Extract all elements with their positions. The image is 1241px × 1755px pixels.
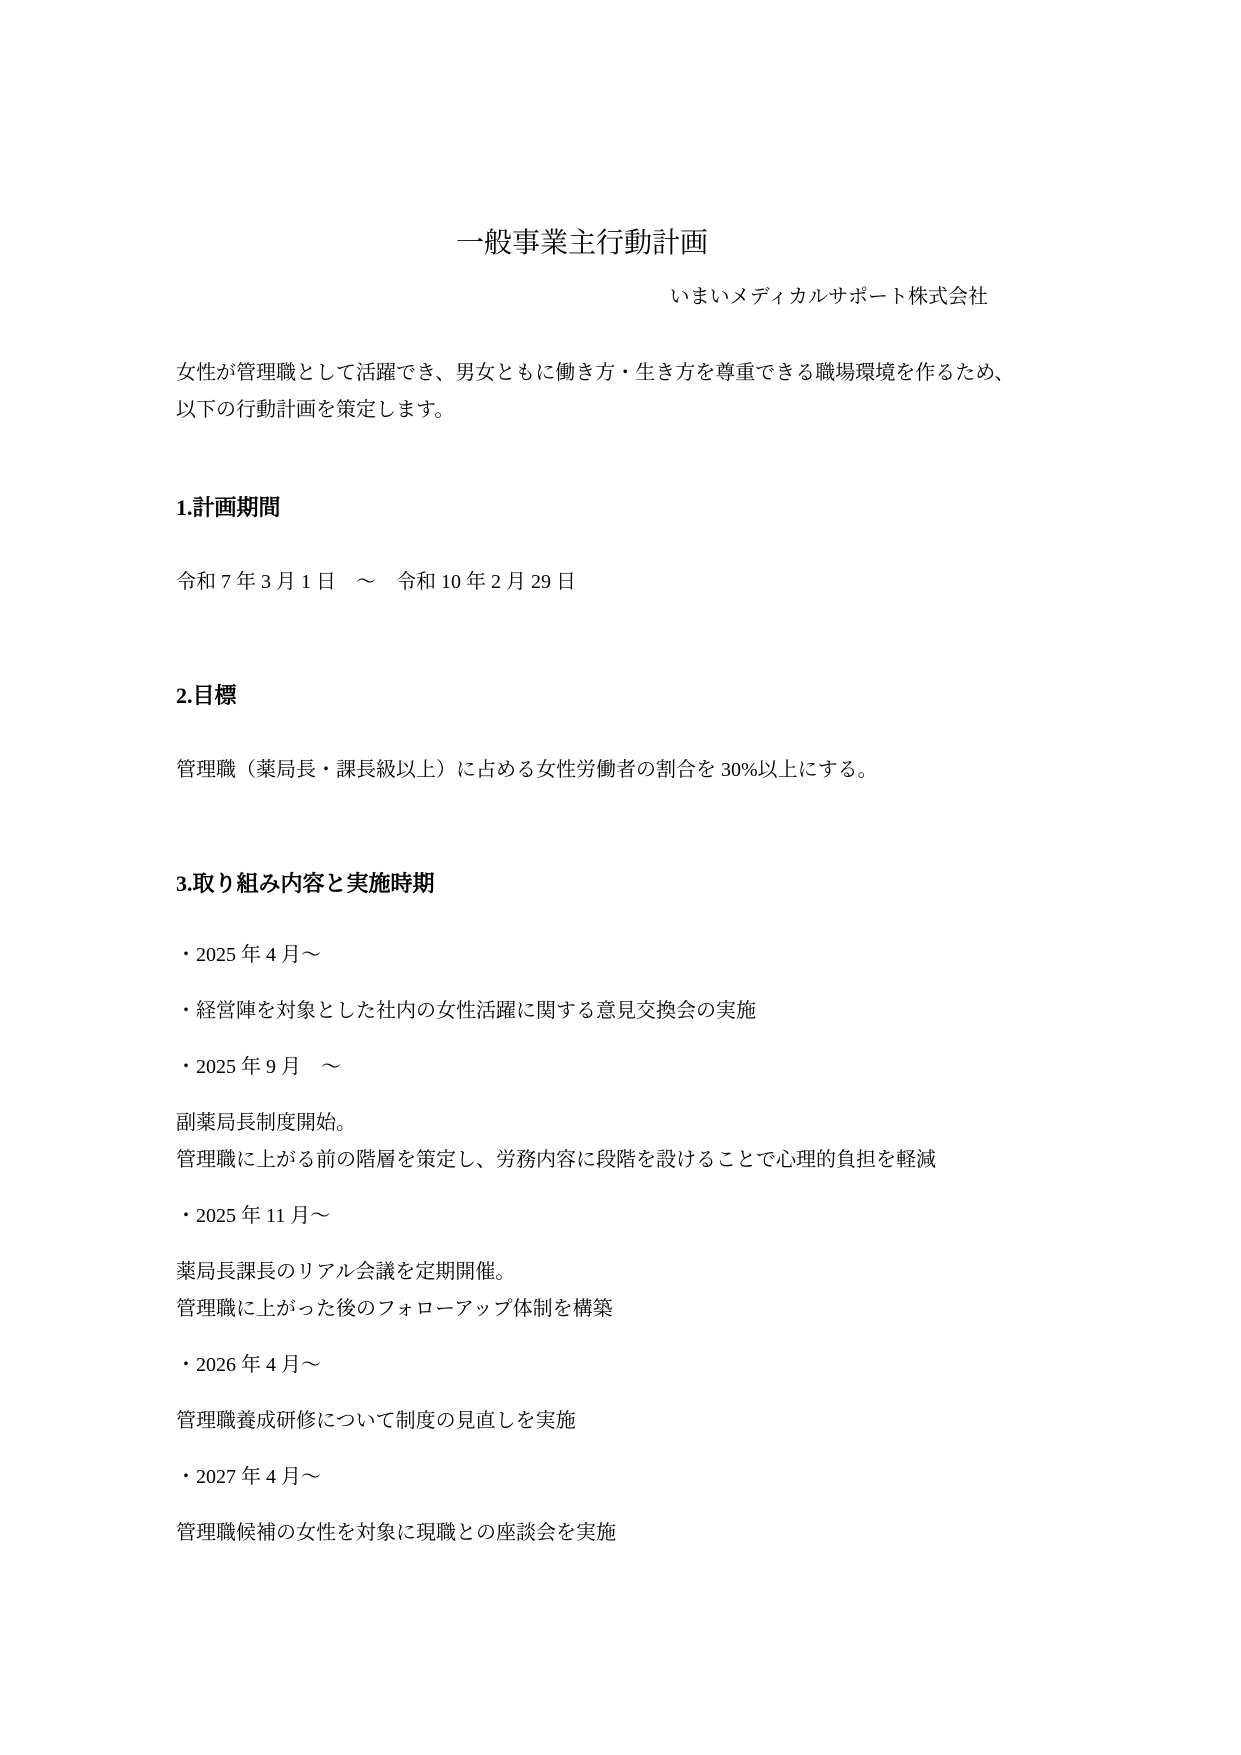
doc-title: 一般事業主行動計画 (176, 222, 988, 266)
schedule-item: ・2027 年 4 月～ (176, 1459, 988, 1496)
schedule-item-line: ・2025 年 11 月～ (176, 1198, 988, 1235)
schedule-item: ・2026 年 4 月～ (176, 1347, 988, 1384)
schedule-item-line: 管理職に上がった後のフォローアップ体制を構築 (176, 1291, 988, 1328)
document-content: 一般事業主行動計画 いまいメディカルサポート株式会社 女性が管理職として活躍でき… (176, 0, 988, 1552)
company-name: いまいメディカルサポート株式会社 (176, 279, 988, 316)
goal-text: 管理職（薬局長・課長級以上）に占める女性労働者の割合を 30%以上にする。 (176, 752, 988, 789)
plan-period-value: 令和 7 年 3 月 1 日 ～ 令和 10 年 2 月 29 日 (176, 564, 988, 601)
schedule-item-line: 薬局長課長のリアル会議を定期開催。 (176, 1254, 988, 1291)
schedule-item-line: ・経営陣を対象とした社内の女性活躍に関する意見交換会の実施 (176, 993, 988, 1030)
schedule-item: ・2025 年 4 月～ (176, 937, 988, 974)
intro-paragraph: 女性が管理職として活躍でき、男女ともに働き方・生き方を尊重できる職場環境を作るた… (176, 355, 988, 429)
schedule-item: ・2025 年 11 月～ (176, 1198, 988, 1235)
schedule-item-line: 管理職候補の女性を対象に現職との座談会を実施 (176, 1515, 988, 1552)
schedule-item: 副薬局長制度開始。 管理職に上がる前の階層を策定し、労務内容に段階を設けることで… (176, 1105, 988, 1179)
schedule-item-line: ・2027 年 4 月～ (176, 1459, 988, 1496)
schedule-item-line: ・2026 年 4 月～ (176, 1347, 988, 1384)
schedule-item: ・2025 年 9 月 ～ (176, 1049, 988, 1086)
schedule-item-line: 管理職養成研修について制度の見直しを実施 (176, 1403, 988, 1440)
schedule-item-line: 副薬局長制度開始。 (176, 1105, 988, 1142)
schedule-item-line: 管理職に上がる前の階層を策定し、労務内容に段階を設けることで心理的負担を軽減 (176, 1142, 988, 1179)
section-1-heading: 1.計画期間 (176, 489, 988, 526)
document-page: 一般事業主行動計画 いまいメディカルサポート株式会社 女性が管理職として活躍でき… (0, 0, 1241, 1755)
schedule-item-line: ・2025 年 4 月～ (176, 937, 988, 974)
schedule-list: ・2025 年 4 月～ ・経営陣を対象とした社内の女性活躍に関する意見交換会の… (176, 937, 988, 1552)
intro-line-2: 以下の行動計画を策定します。 (176, 392, 988, 429)
schedule-item: 管理職養成研修について制度の見直しを実施 (176, 1403, 988, 1440)
schedule-item-line: ・2025 年 9 月 ～ (176, 1049, 988, 1086)
schedule-item: 管理職候補の女性を対象に現職との座談会を実施 (176, 1515, 988, 1552)
schedule-item: 薬局長課長のリアル会議を定期開催。 管理職に上がった後のフォローアップ体制を構築 (176, 1254, 988, 1328)
schedule-item: ・経営陣を対象とした社内の女性活躍に関する意見交換会の実施 (176, 993, 988, 1030)
intro-line-1: 女性が管理職として活躍でき、男女ともに働き方・生き方を尊重できる職場環境を作るた… (176, 355, 988, 392)
section-3-heading: 3.取り組み内容と実施時期 (176, 865, 988, 902)
section-2-heading: 2.目標 (176, 677, 988, 714)
